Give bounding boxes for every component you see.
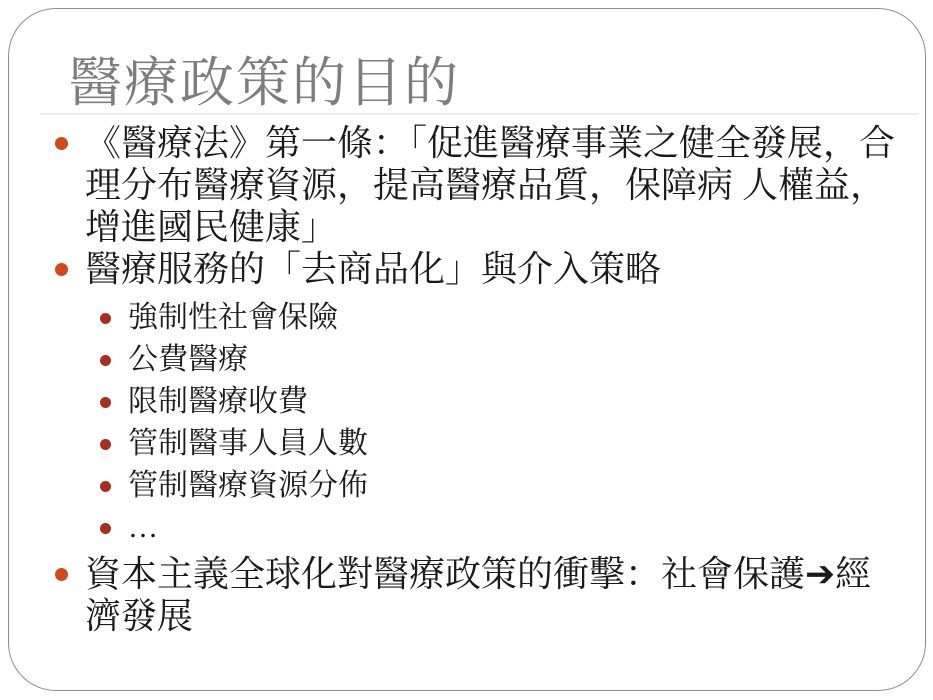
bullet-item: 《醫療法》第一條：「促進醫療事業之健全發展，合理分布醫療資源，提高醫療品質，保障… <box>40 122 903 248</box>
sub-bullet-item: 限制醫療收費 <box>100 381 903 423</box>
sub-bullet-item: … <box>100 507 903 549</box>
bullet-icon <box>100 397 111 408</box>
bullet-icon <box>100 523 111 534</box>
bullet-icon <box>55 568 68 581</box>
bullet-icon <box>55 137 68 150</box>
bullet-icon <box>100 439 111 450</box>
bullet-item: 資本主義全球化對醫療政策的衝擊：社會保護➔經濟發展 <box>40 553 903 637</box>
bullet-icon <box>100 313 111 324</box>
bullet-item: 醫療服務的「去商品化」與介入策略 <box>40 248 903 290</box>
bullet-text: 資本主義全球化對醫療政策的衝擊：社會保護➔經濟發展 <box>85 553 903 637</box>
slide-title: 醫療政策的目的 <box>68 40 893 117</box>
bullet-text: 限制醫療收費 <box>128 381 308 423</box>
bullet-text: 強制性社會保險 <box>128 297 338 339</box>
sub-bullet-item: 管制醫事人員人數 <box>100 423 903 465</box>
slide: 醫療政策的目的 《醫療法》第一條：「促進醫療事業之健全發展，合理分布醫療資源，提… <box>0 0 933 700</box>
title-underline <box>40 113 919 115</box>
slide-body: 《醫療法》第一條：「促進醫療事業之健全發展，合理分布醫療資源，提高醫療品質，保障… <box>40 122 903 637</box>
sub-bullet-item: 公費醫療 <box>100 339 903 381</box>
bullet-text: 管制醫療資源分佈 <box>128 465 368 507</box>
bullet-icon <box>55 263 68 276</box>
bullet-icon <box>100 481 111 492</box>
bullet-text: 《醫療法》第一條：「促進醫療事業之健全發展，合理分布醫療資源，提高醫療品質，保障… <box>85 122 903 248</box>
bullet-text: 公費醫療 <box>128 339 248 381</box>
bullet-text: 醫療服務的「去商品化」與介入策略 <box>85 248 661 290</box>
sub-bullet-item: 管制醫療資源分佈 <box>100 465 903 507</box>
bullet-text: 管制醫事人員人數 <box>128 423 368 465</box>
sub-bullet-item: 強制性社會保險 <box>100 297 903 339</box>
bullet-icon <box>100 355 111 366</box>
bullet-text: … <box>128 507 158 549</box>
